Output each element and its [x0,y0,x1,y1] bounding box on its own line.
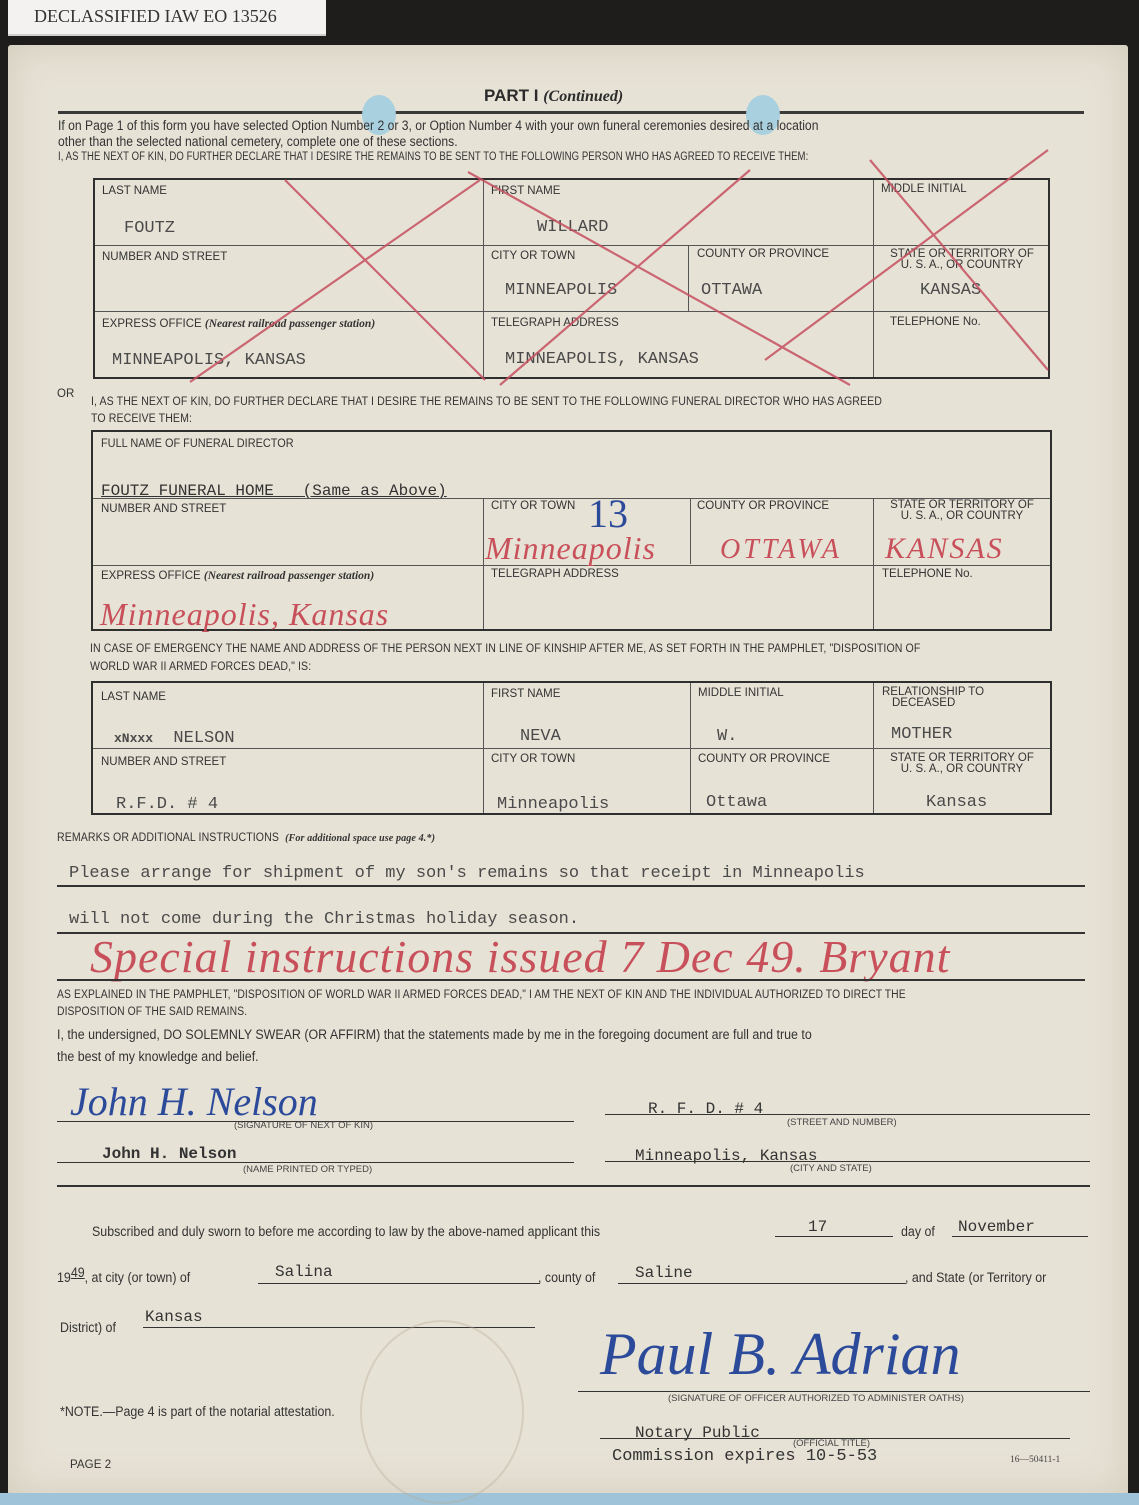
label-state-3-line2: U. S. A., OR COUNTRY [877,764,1047,775]
field-express-office-2[interactable]: Minneapolis, Kansas [100,596,389,633]
header-rule [58,111,1084,114]
section3-declaration-line1: IN CASE OF EMERGENCY THE NAME AND ADDRES… [90,643,920,655]
section3-declaration-line2: WORLD WAR II ARMED FORCES DEAD," IS: [90,661,311,673]
printed-name-label: (NAME PRINTED OR TYPED) [243,1164,372,1175]
officer-signature[interactable]: Paul B. Adrian [600,1320,961,1389]
officer-signature-label: (SIGNATURE OF OFFICER AUTHORIZED TO ADMI… [668,1393,964,1404]
continued-label: (Continued) [543,88,623,105]
field-telegraph[interactable]: MINNEAPOLIS, KANSAS [505,350,699,369]
label-number-street: NUMBER AND STREET [102,251,227,263]
next-of-kin-signature[interactable]: John H. Nelson [70,1078,318,1125]
field-last-name[interactable]: FOUTZ [124,219,175,238]
or-label: OR [57,388,74,400]
divider [483,180,484,377]
label-middle-initial: MIDDLE INITIAL [881,183,967,195]
field-state[interactable]: KANSAS [920,281,981,300]
oath-line-1: I, the undersigned, DO SOLEMNLY SWEAR (O… [57,1027,812,1042]
last-name-3-text: NELSON [173,729,234,748]
label-city-3: CITY OR TOWN [491,753,575,765]
label-number-street-3: NUMBER AND STREET [101,756,226,768]
year-prefix: 19 [57,1270,71,1285]
remarks-line-1[interactable]: Please arrange for shipment of my son's … [69,864,865,883]
field-middle-initial-3[interactable]: W. [717,727,737,746]
label-telegraph: TELEGRAPH ADDRESS [491,317,619,329]
section2-declaration-line1: I, AS THE NEXT OF KIN, DO FURTHER DECLAR… [91,396,882,408]
divider [690,498,691,564]
divider [93,748,1050,749]
remarks-rule-1 [57,885,1085,887]
notarial-note: *NOTE.—Page 4 is part of the notarial at… [60,1404,335,1419]
city-text: , at city (or town) of [85,1270,191,1285]
field-city-2[interactable]: Minneapolis [485,530,656,567]
field-last-name-3[interactable]: xNxxx NELSON [114,729,235,748]
officer-signature-rule [578,1391,1090,1392]
field-county[interactable]: OTTAWA [701,281,762,300]
field-notary-city[interactable]: Salina [275,1263,333,1281]
field-year[interactable]: 49 [71,1265,85,1280]
label-middle-initial-3: MIDDLE INITIAL [698,687,784,699]
authority-line-1: AS EXPLAINED IN THE PAMPHLET, "DISPOSITI… [57,989,906,1001]
section2-declaration-line2: TO RECEIVE THEM: [91,413,192,425]
remarks-label: REMARKS OR ADDITIONAL INSTRUCTIONS (For … [57,832,435,844]
field-day[interactable]: 17 [808,1218,827,1236]
city-state-rule [605,1161,1090,1162]
field-month[interactable]: November [958,1218,1035,1236]
state-text: , and State (or Territory or [905,1270,1046,1285]
part-label: PART I [484,86,538,105]
field-state-2[interactable]: KANSAS [885,532,1004,566]
label-express-office-note: (Nearest railroad passenger station) [205,318,375,330]
label-city-2: CITY OR TOWN [491,500,575,512]
label-first-name: FIRST NAME [491,185,560,197]
county-rule [618,1283,906,1284]
field-city-3[interactable]: Minneapolis [497,795,609,814]
declassified-stamp: DECLASSIFIED IAW EO 13526 [8,0,326,36]
remarks-label-text: REMARKS OR ADDITIONAL INSTRUCTIONS [57,832,279,844]
field-first-name-3[interactable]: NEVA [520,727,561,746]
field-telephone-2[interactable] [880,585,1045,625]
label-county-3: COUNTY OR PROVINCE [698,753,830,765]
label-express-office-2: EXPRESS OFFICE (Nearest railroad passeng… [101,570,374,582]
field-middle-initial[interactable] [880,200,1040,240]
label-funeral-director-name: FULL NAME OF FUNERAL DIRECTOR [101,438,294,450]
divider [95,245,1048,246]
county-text: , county of [538,1270,595,1285]
field-number-street-2[interactable] [100,520,475,560]
label-express-office-2-note: (Nearest railroad passenger station) [204,570,374,582]
label-relationship: RELATIONSHIP TO DECEASED [882,687,984,709]
label-first-name-3: FIRST NAME [491,688,560,700]
district-text: District) of [60,1320,116,1335]
label-express-office-2-text: EXPRESS OFFICE [101,570,201,582]
label-telephone-2: TELEPHONE No. [882,568,973,580]
label-telegraph-2: TELEGRAPH ADDRESS [491,568,619,580]
field-county-3[interactable]: Ottawa [706,793,767,812]
label-county-2: COUNTY OR PROVINCE [697,500,829,512]
field-number-street-3[interactable]: R.F.D. # 4 [116,795,218,814]
signature-label: (SIGNATURE OF NEXT OF KIN) [234,1120,373,1131]
year-label: 1949, at city (or town) of [57,1270,190,1285]
field-notary-county[interactable]: Saline [635,1264,693,1282]
field-notary-state[interactable]: Kansas [145,1308,203,1326]
field-city[interactable]: MINNEAPOLIS [505,281,617,300]
field-express-office[interactable]: MINNEAPOLIS, KANSAS [112,351,306,370]
remarks-line-2[interactable]: will not come during the Christmas holid… [69,910,579,929]
label-state-2-line2: U. S. A., OR COUNTRY [877,511,1047,522]
label-city: CITY OR TOWN [491,250,575,262]
printed-name-rule [57,1162,574,1163]
divider [688,246,689,311]
divider [873,498,874,629]
label-telephone: TELEPHONE No. [890,316,981,328]
street-number[interactable]: R. F. D. # 4 [648,1100,763,1118]
notary-seal [360,1320,524,1504]
field-relationship[interactable]: MOTHER [891,725,952,744]
field-telegraph-2[interactable] [490,585,865,625]
label-last-name-3: LAST NAME [101,691,166,703]
label-express-office: EXPRESS OFFICE (Nearest railroad passeng… [102,318,375,330]
field-county-2[interactable]: OTTAWA [720,534,842,566]
divider [873,180,874,377]
section1-declaration: I, AS THE NEXT OF KIN, DO FURTHER DECLAR… [58,151,808,163]
day-of-label: day of [901,1224,935,1239]
label-state-line2: U. S. A., OR COUNTRY [877,260,1047,271]
label-number-street-2: NUMBER AND STREET [101,503,226,515]
label-county: COUNTY OR PROVINCE [697,248,829,260]
label-state-3: STATE OR TERRITORY OF U. S. A., OR COUNT… [877,753,1047,775]
oath-line-2: the best of my knowledge and belief. [57,1049,259,1064]
city-state-label: (CITY AND STATE) [790,1163,872,1174]
label-relationship-line2: DECEASED [882,698,984,709]
remarks-label-note: (For additional space use page 4.*) [285,832,435,844]
label-state: STATE OR TERRITORY OF U. S. A., OR COUNT… [877,249,1047,271]
intro-line-1: If on Page 1 of this form you have selec… [58,118,818,133]
divider [483,498,484,629]
field-state-3[interactable]: Kansas [926,793,987,812]
street-label: (STREET AND NUMBER) [787,1117,897,1128]
handwritten-special-instructions: Special instructions issued 7 Dec 49. Br… [90,930,950,983]
printed-name[interactable]: John H. Nelson [102,1145,236,1163]
remarks-rule-3 [57,979,1085,981]
intro-line-2: other than the selected national cemeter… [58,134,458,149]
label-express-office-text: EXPRESS OFFICE [102,318,202,330]
day-rule [775,1236,893,1237]
official-title[interactable]: Notary Public [635,1424,760,1442]
field-number-street[interactable] [100,266,475,306]
form-code: 16—50411-1 [1010,1455,1060,1465]
struck-text: xNxxx [114,731,153,746]
city-rule [258,1283,540,1284]
page-title: PART I (Continued) [484,86,623,106]
block-separator [57,1185,1090,1187]
divider [95,311,1048,312]
field-telephone[interactable] [880,335,1040,373]
scanner-bed-edge [0,1493,1139,1505]
authority-line-2: DISPOSITION OF THE SAID REMAINS. [57,1006,247,1018]
month-rule [952,1236,1088,1237]
street-rule [605,1114,1090,1115]
field-first-name[interactable]: WILLARD [537,218,608,237]
page-number: PAGE 2 [70,1459,111,1471]
sworn-text: Subscribed and duly sworn to before me a… [92,1224,600,1239]
commission-expires: Commission expires 10-5-53 [612,1447,877,1466]
label-last-name: LAST NAME [102,185,167,197]
label-state-2: STATE OR TERRITORY OF U. S. A., OR COUNT… [877,500,1047,522]
